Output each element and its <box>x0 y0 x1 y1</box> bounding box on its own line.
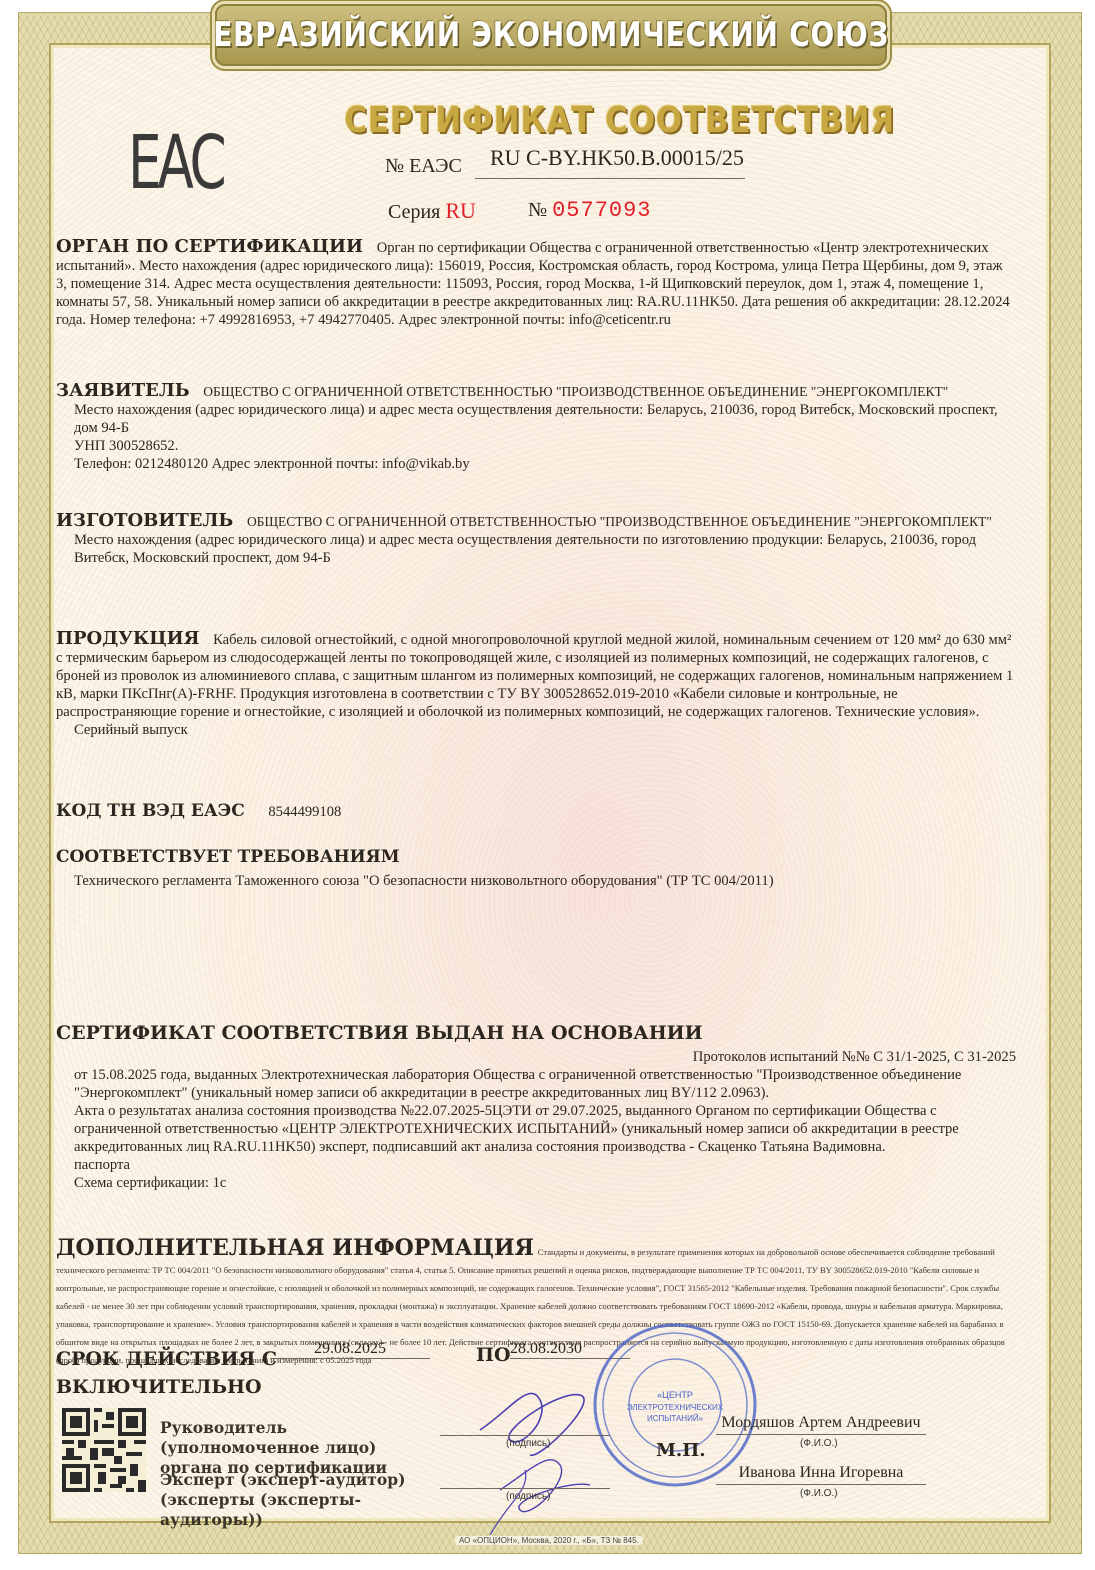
blank-number: № 0577093 <box>528 198 652 223</box>
certification-body-heading: ОРГАН ПО СЕРТИФИКАЦИИ <box>56 236 363 257</box>
expert-name: Иванова Инна Игоревна <box>716 1464 926 1482</box>
expert-signature-caption: (подпись) <box>506 1491 550 1502</box>
applicant-heading: ЗАЯВИТЕЛЬ <box>56 380 190 401</box>
series: Серия RU <box>388 198 476 224</box>
manufacturer-heading: ИЗГОТОВИТЕЛЬ <box>56 510 233 531</box>
applicant-contacts: Телефон: 0212480120 Адрес электронной по… <box>56 455 1016 473</box>
manufacturer-name: ОБЩЕСТВО С ОГРАНИЧЕННОЙ ОТВЕТСТВЕННОСТЬЮ… <box>247 514 992 529</box>
expert-signature-line <box>440 1488 610 1489</box>
applicant-address: Место нахождения (адрес юридического лиц… <box>56 401 1016 437</box>
validity-from-label: СРОК ДЕЙСТВИЯ С <box>56 1345 277 1373</box>
eac-number: RU C-BY.HK50.B.00015/25 <box>490 145 744 171</box>
validity-label: СРОК ДЕЙСТВИЯ С ВКЛЮЧИТЕЛЬНО <box>56 1345 277 1401</box>
validity-inclusive: ВКЛЮЧИТЕЛЬНО <box>56 1373 277 1401</box>
basis-lab: от 15.08.2025 года, выданных Электротехн… <box>56 1066 1016 1102</box>
basis-act: Акта о результатах анализа состояния про… <box>56 1102 1016 1156</box>
eac-number-label: № ЕАЭС <box>385 155 462 178</box>
series-label: Серия <box>388 201 440 223</box>
union-banner: ЕВРАЗИЙСКИЙ ЭКОНОМИЧЕСКИЙ СОЮЗ <box>215 4 887 66</box>
requirements-text: Технического регламента Таможенного союз… <box>56 872 1016 890</box>
product-section: ПРОДУКЦИЯ Кабель силовой огнестойкий, с … <box>56 630 1016 739</box>
eac-logo-icon: ЕАС <box>128 128 184 198</box>
hs-code-section: КОД ТН ВЭД ЕАЭС 8544499108 <box>56 802 1016 821</box>
manufacturer-section: ИЗГОТОВИТЕЛЬ ОБЩЕСТВО С ОГРАНИЧЕННОЙ ОТВ… <box>56 512 1016 567</box>
validity-to-label: ПО <box>476 1344 511 1366</box>
product-release: Серийный выпуск <box>56 721 1016 739</box>
basis-heading: СЕРТИФИКАТ СООТВЕТСТВИЯ ВЫДАН НА ОСНОВАН… <box>56 1024 1016 1042</box>
validity-from-date: 29.08.2025 <box>270 1340 430 1359</box>
expert-label: Эксперт (эксперт-аудитор) (эксперты (экс… <box>160 1470 430 1530</box>
qr-code-icon[interactable] <box>62 1408 146 1492</box>
basis-section: СЕРТИФИКАТ СООТВЕТСТВИЯ ВЫДАН НА ОСНОВАН… <box>56 1024 1016 1192</box>
svg-text:«ЦЕНТР: «ЦЕНТР <box>657 1390 693 1400</box>
svg-text:ЭЛЕКТРОТЕХНИЧЕСКИХ: ЭЛЕКТРОТЕХНИЧЕСКИХ <box>627 1403 724 1412</box>
requirements-section: СООТВЕТСТВУЕТ ТРЕБОВАНИЯМ Технического р… <box>56 848 1016 890</box>
blank-number-label: № <box>528 199 547 221</box>
additional-info-heading: ДОПОЛНИТЕЛЬНАЯ ИНФОРМАЦИЯ <box>56 1235 534 1261</box>
applicant-name: ОБЩЕСТВО С ОГРАНИЧЕННОЙ ОТВЕТСТВЕННОСТЬЮ… <box>203 384 948 399</box>
head-name-line <box>716 1434 926 1435</box>
hs-code-heading: КОД ТН ВЭД ЕАЭС <box>56 801 245 821</box>
basis-protocols: Протоколов испытаний №№ С 31/1-2025, С 3… <box>56 1048 1016 1066</box>
blank-number-value: 0577093 <box>552 198 651 223</box>
printer-imprint: АО «ОПЦИОН», Москва, 2020 г., «Б», ТЗ № … <box>455 1536 643 1545</box>
manufacturer-address: Место нахождения (адрес юридического лиц… <box>56 531 1016 567</box>
head-signature-caption: (подпись) <box>506 1438 550 1449</box>
applicant-section: ЗАЯВИТЕЛЬ ОБЩЕСТВО С ОГРАНИЧЕННОЙ ОТВЕТС… <box>56 382 1016 473</box>
signature-icon <box>470 1370 610 1540</box>
head-name-caption: (Ф.И.О.) <box>800 1438 838 1449</box>
basis-scheme: Схема сертификации: 1с <box>56 1174 1016 1192</box>
series-value: RU <box>445 198 476 223</box>
hs-code-value: 8544499108 <box>268 804 341 820</box>
certification-body-section: ОРГАН ПО СЕРТИФИКАЦИИ Орган по сертифика… <box>56 238 1016 329</box>
head-name: Мордяшов Артем Андреевич <box>716 1414 926 1432</box>
certificate-title: СЕРТИФИКАТ СООТВЕТСТВИЯ <box>344 100 765 141</box>
union-title: ЕВРАЗИЙСКИЙ ЭКОНОМИЧЕСКИЙ СОЮЗ <box>213 15 889 55</box>
requirements-heading: СООТВЕТСТВУЕТ ТРЕБОВАНИЯМ <box>56 848 1016 866</box>
seal-label: М.П. <box>656 1440 705 1461</box>
head-label: Руководитель (уполномоченное лицо) орган… <box>160 1418 420 1478</box>
svg-text:ИСПЫТАНИЙ»: ИСПЫТАНИЙ» <box>647 1414 704 1423</box>
expert-name-caption: (Ф.И.О.) <box>800 1488 838 1499</box>
applicant-unp: УНП 300528652. <box>56 437 1016 455</box>
expert-name-line <box>716 1484 926 1485</box>
eac-number-underline <box>475 178 745 179</box>
product-heading: ПРОДУКЦИЯ <box>56 628 199 649</box>
product-text: Кабель силовой огнестойкий, с одной мног… <box>56 632 1013 720</box>
basis-passport: паспорта <box>56 1156 1016 1174</box>
head-signature-line <box>440 1435 610 1436</box>
